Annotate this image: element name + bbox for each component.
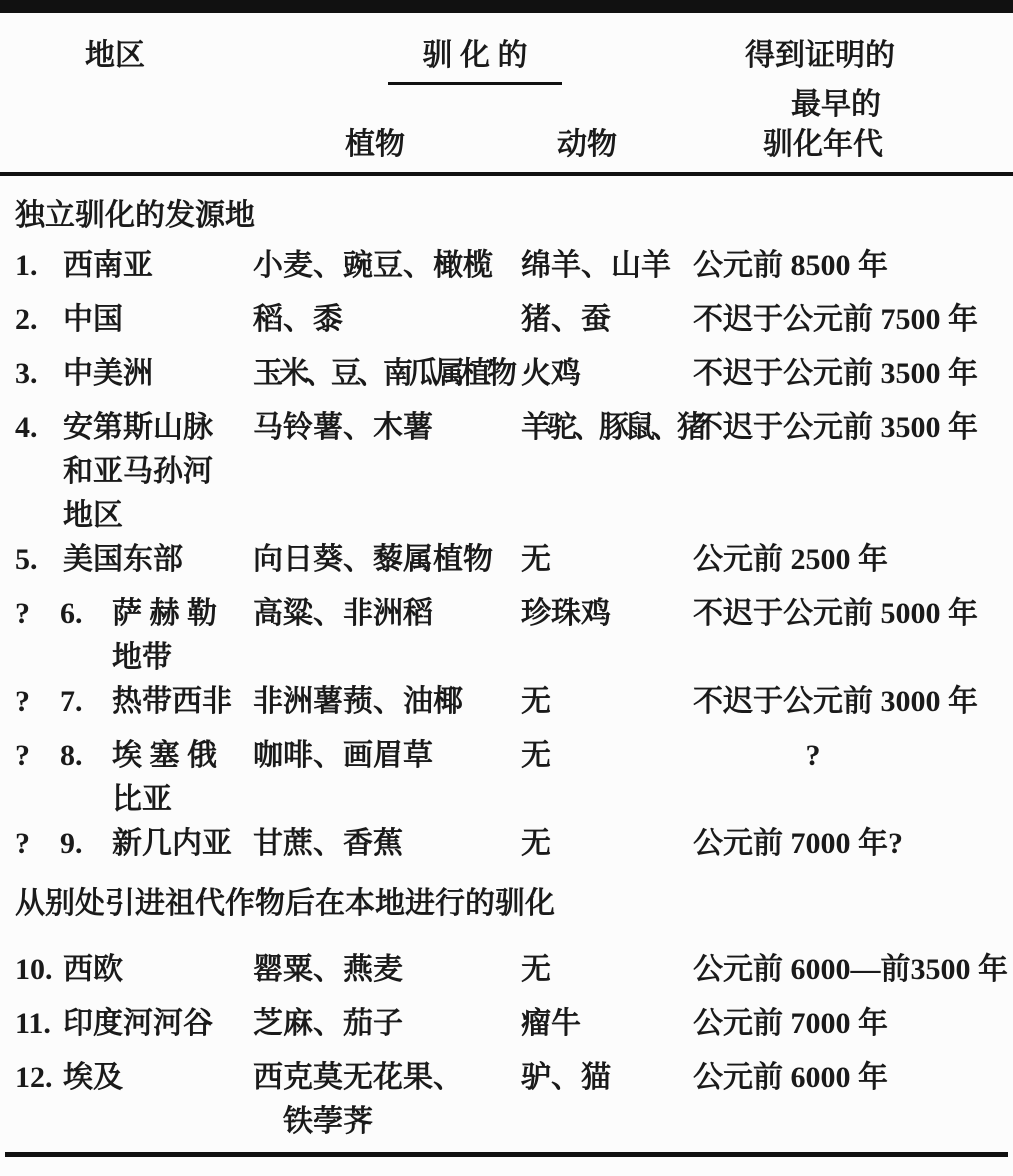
plants-line: 向日葵、藜属植物 (253, 538, 521, 582)
plants-cell: 玉米、豆、南瓜属植物 (253, 352, 521, 396)
date-cell: ? (693, 734, 1013, 822)
region-cell: 12.埃及 (15, 1056, 253, 1144)
region-name: 中国 (63, 298, 123, 342)
region-name: 印度河河谷 (63, 1002, 213, 1046)
row-number: 11. (15, 1002, 63, 1046)
animals-cell: 无 (521, 734, 693, 822)
region-first-line: ?7.热带西非 (15, 680, 253, 724)
table-row: 10.西欧罂粟、燕麦无公元前 6000—前3500 年 (15, 948, 1013, 992)
plants-line: 稻、黍 (253, 298, 521, 342)
region-name: 中美洲 (63, 352, 153, 396)
animals-cell: 无 (521, 538, 693, 582)
bottom-border (5, 1152, 1008, 1157)
header-plants-label: 植物 (345, 127, 405, 163)
region-first-line: ?9.新几内亚 (15, 822, 253, 866)
table-row: 5.美国东部向日葵、藜属植物无公元前 2500 年 (15, 538, 1013, 582)
row-number: 3. (15, 352, 63, 396)
plants-cell: 甘蔗、香蕉 (253, 822, 521, 866)
plants-line: 咖啡、画眉草 (253, 734, 521, 778)
date-cell: 公元前 7000 年 (693, 1002, 1013, 1046)
table-row: ?7.热带西非非洲薯蓣、油椰无不迟于公元前 3000 年 (15, 680, 1013, 724)
region-first-line: ?6.萨 赫 勒 (15, 592, 253, 636)
plants-line: 芝麻、茄子 (253, 1002, 521, 1046)
region-cell: ?7.热带西非 (15, 680, 253, 724)
plants-cell: 向日葵、藜属植物 (253, 538, 521, 582)
animals-cell: 火鸡 (521, 352, 693, 396)
row-number: 8. (60, 734, 112, 778)
row-number: 9. (60, 822, 112, 866)
region-first-line: 11.印度河河谷 (15, 1002, 253, 1046)
page-root: 地区 驯 化 的 得到证明的 最早的 植物 动物 驯化年代 独立驯化的发源地1.… (0, 0, 1013, 1176)
region-name: 埃及 (63, 1056, 123, 1100)
plants-cell: 小麦、豌豆、橄榄 (253, 244, 521, 288)
animals-cell: 无 (521, 948, 693, 992)
animals-cell: 驴、猫 (521, 1056, 693, 1144)
plants-cell: 马铃薯、木薯 (253, 406, 521, 538)
region-first-line: ?8.埃 塞 俄 (15, 734, 253, 778)
plants-cell: 西克莫无花果、铁荸荠 (253, 1056, 521, 1144)
region-first-line: 1.西南亚 (15, 244, 253, 288)
row-number: 4. (15, 406, 63, 450)
row-number: 2. (15, 298, 63, 342)
table-row: 3.中美洲玉米、豆、南瓜属植物火鸡不迟于公元前 3500 年 (15, 352, 1013, 396)
plants-line: 玉米、豆、南瓜属植物 (253, 352, 521, 396)
question-mark: ? (15, 592, 60, 636)
plants-cont: 铁荸荠 (283, 1100, 521, 1144)
table-row: 1.西南亚小麦、豌豆、橄榄绵羊、山羊公元前 8500 年 (15, 244, 1013, 288)
question-mark: ? (15, 680, 60, 724)
header-proof-line-3: 驯化年代 (763, 127, 883, 163)
date-cell: 不迟于公元前 5000 年 (693, 592, 1013, 680)
date-cell: 公元前 7000 年? (693, 822, 1013, 866)
animals-cell: 无 (521, 822, 693, 866)
region-name: 新几内亚 (112, 822, 232, 866)
plants-cell: 罂粟、燕麦 (253, 948, 521, 992)
table-body: 独立驯化的发源地1.西南亚小麦、豌豆、橄榄绵羊、山羊公元前 8500 年2.中国… (0, 196, 1013, 1144)
row-number: 7. (60, 680, 112, 724)
question-mark: ? (15, 822, 60, 866)
animals-cell: 瘤牛 (521, 1002, 693, 1046)
plants-line: 甘蔗、香蕉 (253, 822, 521, 866)
region-first-line: 10.西欧 (15, 948, 253, 992)
date-cell: 不迟于公元前 3500 年 (693, 406, 1013, 538)
table-row: 2.中国稻、黍猪、蚕不迟于公元前 7500 年 (15, 298, 1013, 342)
row-number: 5. (15, 538, 63, 582)
region-name-cont: 地带 (112, 636, 253, 680)
header-animals-label: 动物 (557, 127, 617, 163)
animals-cell: 珍珠鸡 (521, 592, 693, 680)
row-number: 12. (15, 1056, 63, 1100)
region-first-line: 4.安第斯山脉 (15, 406, 253, 450)
region-cell: 3.中美洲 (15, 352, 253, 396)
animals-cell: 绵羊、山羊 (521, 244, 693, 288)
table-header: 地区 驯 化 的 得到证明的 最早的 植物 动物 驯化年代 (0, 13, 1013, 176)
plants-line: 小麦、豌豆、橄榄 (253, 244, 521, 288)
plants-line: 非洲薯蓣、油椰 (253, 680, 521, 724)
plants-cell: 非洲薯蓣、油椰 (253, 680, 521, 724)
region-name: 西南亚 (63, 244, 153, 288)
region-cell: 1.西南亚 (15, 244, 253, 288)
top-border (0, 0, 1013, 13)
animals-cell: 无 (521, 680, 693, 724)
table-row: 12.埃及西克莫无花果、铁荸荠驴、猫公元前 6000 年 (15, 1056, 1013, 1144)
header-domesticated-label: 驯 化 的 (388, 38, 562, 85)
date-cell: 公元前 8500 年 (693, 244, 1013, 288)
region-cell: ?6.萨 赫 勒地带 (15, 592, 253, 680)
plants-cell: 芝麻、茄子 (253, 1002, 521, 1046)
region-name: 美国东部 (63, 538, 183, 582)
region-cell: ?8.埃 塞 俄比亚 (15, 734, 253, 822)
date-cell: 公元前 2500 年 (693, 538, 1013, 582)
plants-line: 西克莫无花果、 (253, 1056, 521, 1100)
header-proof-line-2: 最早的 (791, 87, 881, 123)
date-cell: 不迟于公元前 3500 年 (693, 352, 1013, 396)
region-name-cont: 和亚马孙河 (63, 450, 253, 494)
date-cell: 公元前 6000—前3500 年 (693, 948, 1013, 992)
region-cell: 10.西欧 (15, 948, 253, 992)
region-name-cont: 地区 (63, 494, 253, 538)
header-proof-line-1: 得到证明的 (745, 38, 895, 74)
section-title: 独立驯化的发源地 (15, 196, 1013, 236)
region-name: 安第斯山脉 (63, 406, 213, 450)
region-cell: ?9.新几内亚 (15, 822, 253, 866)
row-number: 1. (15, 244, 63, 288)
animals-cell: 羊驼、豚鼠、猪 (521, 406, 693, 538)
region-first-line: 12.埃及 (15, 1056, 253, 1100)
plants-cell: 高粱、非洲稻 (253, 592, 521, 680)
date-cell: 不迟于公元前 3000 年 (693, 680, 1013, 724)
date-cell: 公元前 6000 年 (693, 1056, 1013, 1144)
region-cell: 4.安第斯山脉和亚马孙河地区 (15, 406, 253, 538)
table-row: 11.印度河河谷芝麻、茄子瘤牛公元前 7000 年 (15, 1002, 1013, 1046)
region-first-line: 2.中国 (15, 298, 253, 342)
row-number: 10. (15, 948, 63, 992)
plants-line: 高粱、非洲稻 (253, 592, 521, 636)
region-name: 热带西非 (112, 680, 232, 724)
plants-cell: 咖啡、画眉草 (253, 734, 521, 822)
plants-line: 罂粟、燕麦 (253, 948, 521, 992)
region-first-line: 5.美国东部 (15, 538, 253, 582)
table-row: 4.安第斯山脉和亚马孙河地区马铃薯、木薯羊驼、豚鼠、猪不迟于公元前 3500 年 (15, 406, 1013, 538)
table-row: ?6.萨 赫 勒地带高粱、非洲稻珍珠鸡不迟于公元前 5000 年 (15, 592, 1013, 680)
region-name: 埃 塞 俄 (112, 734, 217, 778)
plants-cell: 稻、黍 (253, 298, 521, 342)
region-cell: 11.印度河河谷 (15, 1002, 253, 1046)
question-mark: ? (15, 734, 60, 778)
date-cell: 不迟于公元前 7500 年 (693, 298, 1013, 342)
region-cell: 2.中国 (15, 298, 253, 342)
row-number: 6. (60, 592, 112, 636)
section-title: 从别处引进祖代作物后在本地进行的驯化 (15, 884, 1013, 924)
region-name: 萨 赫 勒 (112, 592, 217, 636)
region-cell: 5.美国东部 (15, 538, 253, 582)
region-first-line: 3.中美洲 (15, 352, 253, 396)
region-name-cont: 比亚 (112, 778, 253, 822)
animals-cell: 猪、蚕 (521, 298, 693, 342)
header-region-label: 地区 (85, 38, 145, 74)
plants-line: 马铃薯、木薯 (253, 406, 521, 450)
table-row: ?9.新几内亚甘蔗、香蕉无公元前 7000 年? (15, 822, 1013, 866)
region-name: 西欧 (63, 948, 123, 992)
table-row: ?8.埃 塞 俄比亚咖啡、画眉草无? (15, 734, 1013, 822)
